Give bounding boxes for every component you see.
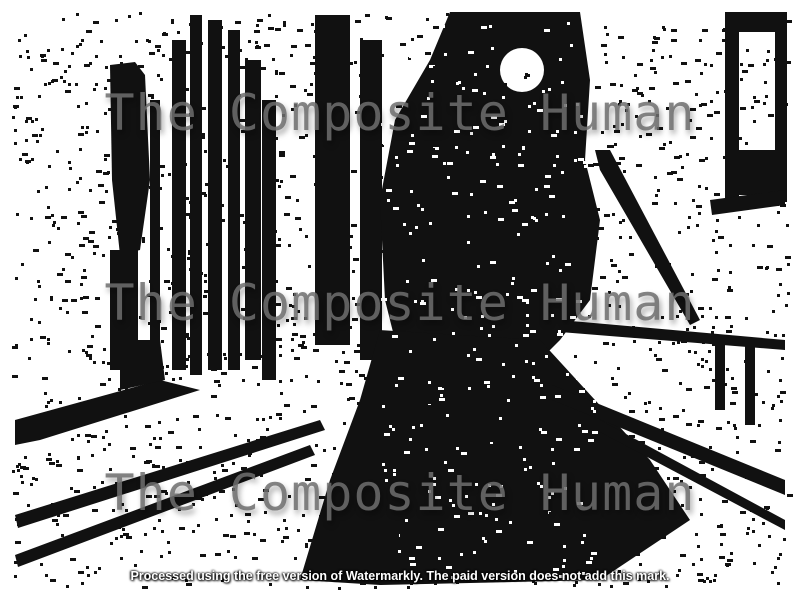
street-photo (0, 0, 800, 600)
watermark-footer-notice: Processed using the free version of Wate… (0, 569, 800, 583)
